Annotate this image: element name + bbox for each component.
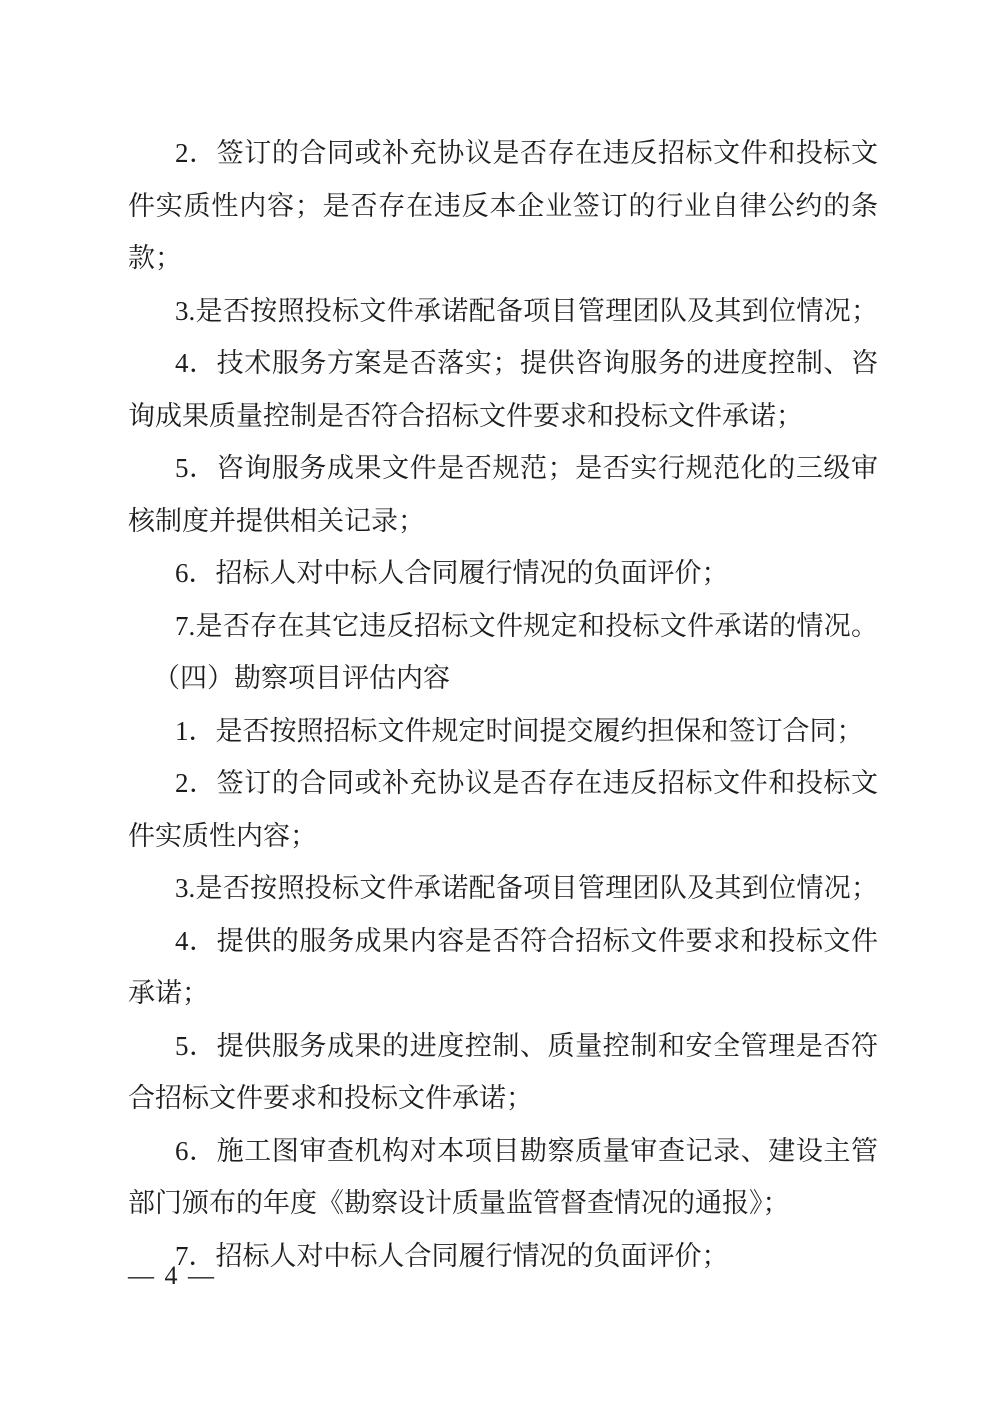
- text-line: 2．签订的合同或补充协议是否存在违反招标文件和投标文: [128, 127, 878, 180]
- text-line: 5．提供服务成果的进度控制、质量控制和安全管理是否符: [128, 1020, 878, 1073]
- text-line: 7．招标人对中标人合同履行情况的负面评价；: [128, 1230, 878, 1283]
- text-line: 6．招标人对中标人合同履行情况的负面评价；: [128, 547, 878, 600]
- text-line: 2．签订的合同或补充协议是否存在违反招标文件和投标文: [128, 757, 878, 810]
- section-heading: （四）勘察项目评估内容: [128, 652, 878, 705]
- text-line: 4．技术服务方案是否落实；提供咨询服务的进度控制、咨: [128, 337, 878, 390]
- text-line: 件实质性内容；: [128, 810, 878, 863]
- document-page: 2．签订的合同或补充协议是否存在违反招标文件和投标文 件实质性内容；是否存在违反…: [0, 0, 1000, 1414]
- text-line: 承诺；: [128, 967, 878, 1020]
- document-body: 2．签订的合同或补充协议是否存在违反招标文件和投标文 件实质性内容；是否存在违反…: [128, 127, 878, 1282]
- text-line: 3.是否按照投标文件承诺配备项目管理团队及其到位情况；: [128, 862, 878, 915]
- text-line: 部门颁布的年度《勘察设计质量监管督查情况的通报》；: [128, 1177, 878, 1230]
- text-line: 4．提供的服务成果内容是否符合招标文件要求和投标文件: [128, 915, 878, 968]
- page-number: — 4 —: [128, 1260, 216, 1292]
- text-line: 5．咨询服务成果文件是否规范；是否实行规范化的三级审: [128, 442, 878, 495]
- text-line: 3.是否按照投标文件承诺配备项目管理团队及其到位情况；: [128, 285, 878, 338]
- text-line: 款；: [128, 232, 878, 285]
- text-line: 1．是否按照招标文件规定时间提交履约担保和签订合同；: [128, 705, 878, 758]
- text-line: 询成果质量控制是否符合招标文件要求和投标文件承诺；: [128, 390, 878, 443]
- text-line: 7.是否存在其它违反招标文件规定和投标文件承诺的情况。: [128, 600, 878, 653]
- text-line: 核制度并提供相关记录；: [128, 495, 878, 548]
- text-line: 合招标文件要求和投标文件承诺；: [128, 1072, 878, 1125]
- text-line: 件实质性内容；是否存在违反本企业签订的行业自律公约的条: [128, 180, 878, 233]
- text-line: 6．施工图审查机构对本项目勘察质量审查记录、建设主管: [128, 1125, 878, 1178]
